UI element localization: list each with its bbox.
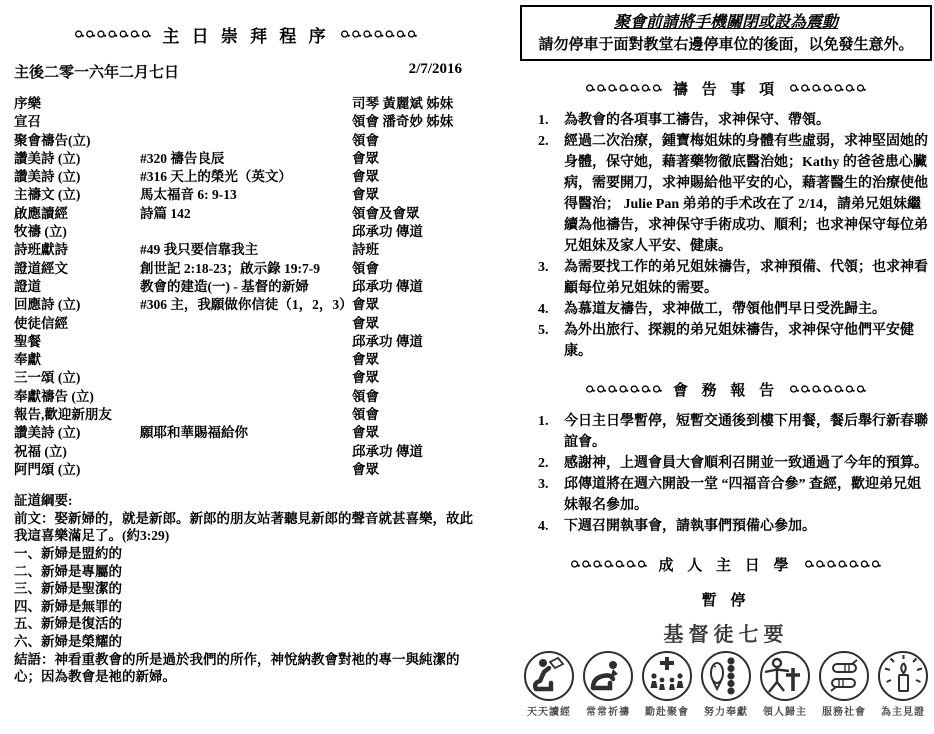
item-text: 為需要找工作的弟兄姐妹禱告，求神預備、代領；也求神看顧每位弟兄姐妹的需要。 (564, 257, 932, 299)
order-row: 證道 教會的建造(一) - 基督的新婦 邱承功 傳道 (14, 278, 478, 296)
order-item-detail: 馬太福音 6: 9-13 (140, 186, 352, 204)
order-item-name: 三一頌 (立) (14, 369, 140, 387)
order-item-leader: 領會 (352, 388, 478, 406)
prayer-item: 1. 為教會的各項事工禱告，求神保守、帶領。 (520, 110, 932, 131)
person-praying-icon (582, 650, 634, 702)
sermon-outline-line: 四、新婦是無罪的 (14, 598, 478, 616)
essential-give-offering: 努力奉獻 (698, 650, 754, 718)
sunday-school-status: 暫 停 (520, 589, 932, 610)
order-item-detail: #49 我只要信靠我主 (140, 241, 352, 259)
phone-notice: 聚會前請將手機關閉或設為震動 (528, 9, 924, 32)
essential-lead-to-lord: 領人歸主 (757, 650, 813, 718)
order-item-name: 聚會禱告(立) (14, 132, 140, 150)
figure-cross-icon (759, 650, 811, 702)
order-item-detail: #320 禱告良辰 (140, 150, 352, 168)
sunday-school-heading-text: 成 人 主 日 學 (658, 554, 793, 575)
sermon-outline-line: 三、新婦是聖潔的 (14, 580, 478, 598)
person-reading-icon (523, 650, 575, 702)
prayer-item: 3. 為需要找工作的弟兄姐妹禱告，求神預備、代領；也求神看顧每位弟兄姐妹的需要。 (520, 257, 932, 299)
order-item-leader: 領會及會眾 (352, 205, 478, 223)
essential-label: 勤赴聚會 (639, 703, 695, 718)
order-row: 詩班獻詩 #49 我只要信靠我主 詩班 (14, 241, 478, 259)
affairs-item: 2. 感謝神，上週會員大會順利召開並一致通過了今年的預算。 (520, 453, 932, 474)
order-row: 三一頌 (立) 會眾 (14, 369, 478, 387)
essential-attend-meetings: 勤赴聚會 (639, 650, 695, 718)
item-text: 感謝神，上週會員大會順利召開並一致通過了今年的預算。 (564, 453, 932, 474)
order-item-detail: #306 主，我願做你信徒（1，2，3） (140, 296, 352, 314)
sermon-outline-line: 二、新婦是專屬的 (14, 563, 478, 581)
order-item-leader: 會眾 (352, 168, 478, 186)
announcements-column: 聚會前請將手機關閉或設為震動 請勿停車于面對教堂右邊停車位的後面，以免發生意外。… (520, 5, 932, 718)
essential-label: 常常祈禱 (580, 703, 636, 718)
scroll-ornament-icon (340, 29, 418, 40)
date-numeric: 2/7/2016 (409, 61, 462, 82)
order-row: 聚會禱告(立) 領會 (14, 132, 478, 150)
order-row: 奉獻 會眾 (14, 351, 478, 369)
prayer-items-heading: 禱 告 事 項 (520, 78, 932, 99)
order-item-leader: 會眾 (352, 186, 478, 204)
sermon-outline-line: 六、新婦是榮耀的 (14, 633, 478, 651)
order-row: 讚美詩 (立) #320 禱告良辰 會眾 (14, 150, 478, 168)
date-chinese: 主後二零一六年二月七日 (14, 61, 179, 82)
item-text: 邱傳道將在週六開設一堂 “四福音合參” 查經，歡迎弟兄姐妹報名參加。 (564, 474, 932, 516)
order-item-leader: 邱承功 傳道 (352, 333, 478, 351)
item-text: 為外出旅行、探親的弟兄姐妹禱告，求神保守他們平安健康。 (564, 320, 932, 362)
order-item-detail (140, 95, 352, 113)
item-number: 2. (538, 131, 564, 257)
order-row: 回應詩 (立) #306 主，我願做你信徒（1，2，3） 會眾 (14, 296, 478, 314)
order-item-leader: 會眾 (352, 351, 478, 369)
essential-label: 服務社會 (816, 703, 872, 718)
page-title: 主 日 崇 拜 程 序 (162, 22, 329, 47)
order-item-leader: 邱承功 傳道 (352, 223, 478, 241)
order-row: 啟應讀經 詩篇 142 領會及會眾 (14, 205, 478, 223)
order-row: 序樂 司琴 黃麗斌 姊妹 (14, 95, 478, 113)
order-item-leader: 司琴 黃麗斌 姊妹 (352, 95, 478, 113)
scroll-ornament-icon (789, 83, 867, 94)
order-item-detail: 教會的建造(一) - 基督的新婦 (140, 278, 352, 296)
order-row: 報告,歡迎新朋友 領會 (14, 406, 478, 424)
sermon-outline-line: 一、新婦是盟約的 (14, 545, 478, 563)
item-number: 4. (538, 299, 564, 320)
essential-serve-society: 服務社會 (816, 650, 872, 718)
church-bulletin-page: 主 日 崇 拜 程 序 主後二零一六年二月七日 2/7/2016 序樂 司琴 黃… (0, 0, 934, 734)
essential-label: 為主見證 (875, 703, 931, 718)
item-number: 4. (538, 516, 564, 537)
order-item-name: 回應詩 (立) (14, 296, 140, 314)
seven-essentials-section: 基督徒七要 天天讀經 (520, 618, 932, 718)
order-item-name: 啟應讀經 (14, 205, 140, 223)
item-text: 為慕道友禱告，求神做工，帶領他們早日受洗歸主。 (564, 299, 932, 320)
order-item-leader: 會眾 (352, 296, 478, 314)
prayer-heading-text: 禱 告 事 項 (673, 78, 779, 99)
essential-read-bible: 天天讀經 (521, 650, 577, 718)
item-text: 今日主日學暫停，短暫交通後到樓下用餐，餐后舉行新春聯誼會。 (564, 411, 932, 453)
order-item-leader: 邱承功 傳道 (352, 278, 478, 296)
order-item-name: 讚美詩 (立) (14, 424, 140, 442)
essential-label: 努力奉獻 (698, 703, 754, 718)
scroll-ornament-icon (570, 559, 648, 570)
sermon-outline-line: 前文：娶新婦的，就是新郎。新郎的朋友站著聽見新郎的聲音就甚喜樂，故此我這喜樂滿足… (14, 510, 478, 545)
order-row: 讚美詩 (立) #316 天上的榮光（英文） 會眾 (14, 168, 478, 186)
order-item-detail (140, 406, 352, 424)
order-item-leader: 領會 潘奇妙 姊妹 (352, 113, 478, 131)
affairs-item: 1. 今日主日學暫停，短暫交通後到樓下用餐，餐后舉行新春聯誼會。 (520, 411, 932, 453)
order-item-detail: 創世記 2:18-23；啟示錄 19:7-9 (140, 260, 352, 278)
order-row: 使徒信經 會眾 (14, 315, 478, 333)
scroll-ornament-icon (804, 559, 882, 570)
candle-icon (877, 650, 929, 702)
order-item-detail: 詩篇 142 (140, 205, 352, 223)
order-item-detail (140, 223, 352, 241)
item-number: 3. (538, 257, 564, 299)
order-item-leader: 會眾 (352, 369, 478, 387)
order-item-name: 牧禱 (立) (14, 223, 140, 241)
order-item-name: 讚美詩 (立) (14, 150, 140, 168)
order-item-name: 祝福 (立) (14, 443, 140, 461)
seven-essentials-icons: 天天讀經 常常祈禱 (520, 650, 932, 718)
serving-hands-icon (818, 650, 870, 702)
notice-box: 聚會前請將手機關閉或設為震動 請勿停車于面對教堂右邊停車位的後面，以免發生意外。 (520, 5, 932, 61)
item-text: 為教會的各項事工禱告，求神保守、帶領。 (564, 110, 932, 131)
affairs-item: 3. 邱傳道將在週六開設一堂 “四福音合參” 查經，歡迎弟兄姐妹報名參加。 (520, 474, 932, 516)
coins-fish-icon (700, 650, 752, 702)
order-row: 阿門頌 (立) 會眾 (14, 461, 478, 479)
order-row: 祝福 (立) 邱承功 傳道 (14, 443, 478, 461)
worship-order-column: 主 日 崇 拜 程 序 主後二零一六年二月七日 2/7/2016 序樂 司琴 黃… (14, 22, 478, 686)
order-row: 讚美詩 (立) 願耶和華賜福給你 會眾 (14, 424, 478, 442)
scroll-ornament-icon (585, 83, 663, 94)
order-item-name: 報告,歡迎新朋友 (14, 406, 140, 424)
church-affairs-heading: 會 務 報 告 (520, 379, 932, 400)
prayer-items-list: 1. 為教會的各項事工禱告，求神保守、帶領。 2. 經過二次治療，鍾寶梅姐妹的身… (520, 110, 932, 362)
order-item-detail (140, 461, 352, 479)
sermon-outline: 証道綱要:前文：娶新婦的，就是新郎。新郎的朋友站著聽見新郎的聲音就甚喜樂，故此我… (14, 492, 478, 686)
order-item-leader: 邱承功 傳道 (352, 443, 478, 461)
order-item-name: 奉獻 (14, 351, 140, 369)
sermon-outline-line: 結語：神看重教會的所是過於我們的所作，神悅納教會對祂的專一與純潔的心；因為教會是… (14, 651, 478, 686)
order-item-name: 使徒信經 (14, 315, 140, 333)
adult-sunday-school-heading: 成 人 主 日 學 (520, 554, 932, 575)
item-number: 1. (538, 411, 564, 453)
order-item-detail (140, 388, 352, 406)
item-text: 經過二次治療，鍾寶梅姐妹的身體有些虛弱，求神堅固她的身體，保守她，藉著藥物徹底醫… (564, 131, 932, 257)
order-row: 主禱文 (立) 馬太福音 6: 9-13 會眾 (14, 186, 478, 204)
order-item-detail (140, 132, 352, 150)
order-item-detail (140, 315, 352, 333)
order-row: 聖餐 邱承功 傳道 (14, 333, 478, 351)
worship-order-heading: 主 日 崇 拜 程 序 (14, 22, 478, 47)
item-number: 3. (538, 474, 564, 516)
essential-label: 領人歸主 (757, 703, 813, 718)
order-row: 牧禱 (立) 邱承功 傳道 (14, 223, 478, 241)
order-item-name: 阿門頌 (立) (14, 461, 140, 479)
order-row: 證道經文 創世記 2:18-23；啟示錄 19:7-9 領會 (14, 260, 478, 278)
congregation-cross-icon (641, 650, 693, 702)
order-item-leader: 會眾 (352, 424, 478, 442)
church-affairs-list: 1. 今日主日學暫停，短暫交通後到樓下用餐，餐后舉行新春聯誼會。 2. 感謝神，… (520, 411, 932, 537)
affairs-item: 4. 下週召開執事會，請執事們預備心參加。 (520, 516, 932, 537)
order-item-leader: 會眾 (352, 150, 478, 168)
order-item-detail (140, 369, 352, 387)
order-item-name: 證道經文 (14, 260, 140, 278)
order-item-leader: 會眾 (352, 315, 478, 333)
order-item-name: 聖餐 (14, 333, 140, 351)
worship-order-list: 序樂 司琴 黃麗斌 姊妹 宣召 領會 潘奇妙 姊妹 聚會禱告(立) 領會 讚美詩… (14, 95, 478, 479)
order-item-detail (140, 443, 352, 461)
essential-witness: 為主見證 (875, 650, 931, 718)
item-number: 2. (538, 453, 564, 474)
prayer-item: 2. 經過二次治療，鍾寶梅姐妹的身體有些虛弱，求神堅固她的身體，保守她，藉著藥物… (520, 131, 932, 257)
order-item-detail: 願耶和華賜福給你 (140, 424, 352, 442)
order-item-leader: 詩班 (352, 241, 478, 259)
item-text: 下週召開執事會，請執事們預備心參加。 (564, 516, 932, 537)
parking-notice: 請勿停車于面對教堂右邊停車位的後面，以免發生意外。 (528, 33, 924, 54)
order-item-leader: 領會 (352, 406, 478, 424)
order-item-detail (140, 351, 352, 369)
order-item-leader: 領會 (352, 260, 478, 278)
order-item-detail (140, 333, 352, 351)
order-item-name: 宣召 (14, 113, 140, 131)
essential-pray: 常常祈禱 (580, 650, 636, 718)
order-item-detail: #316 天上的榮光（英文） (140, 168, 352, 186)
order-row: 奉獻禱告 (立) 領會 (14, 388, 478, 406)
order-item-name: 詩班獻詩 (14, 241, 140, 259)
scroll-ornament-icon (74, 29, 152, 40)
seven-essentials-title: 基督徒七要 (520, 618, 932, 647)
affairs-heading-text: 會 務 報 告 (673, 379, 779, 400)
prayer-item: 4. 為慕道友禱告，求神做工，帶領他們早日受洗歸主。 (520, 299, 932, 320)
order-item-name: 讚美詩 (立) (14, 168, 140, 186)
order-item-name: 序樂 (14, 95, 140, 113)
item-number: 1. (538, 110, 564, 131)
essential-label: 天天讀經 (521, 703, 577, 718)
order-item-detail (140, 113, 352, 131)
order-item-leader: 會眾 (352, 461, 478, 479)
sermon-outline-line: 証道綱要: (14, 492, 478, 510)
order-row: 宣召 領會 潘奇妙 姊妹 (14, 113, 478, 131)
sermon-outline-line: 五、新婦是復活的 (14, 615, 478, 633)
scroll-ornament-icon (789, 384, 867, 395)
item-number: 5. (538, 320, 564, 362)
order-item-name: 奉獻禱告 (立) (14, 388, 140, 406)
order-item-name: 證道 (14, 278, 140, 296)
date-row: 主後二零一六年二月七日 2/7/2016 (14, 61, 478, 82)
scroll-ornament-icon (585, 384, 663, 395)
order-item-name: 主禱文 (立) (14, 186, 140, 204)
order-item-leader: 領會 (352, 132, 478, 150)
prayer-item: 5. 為外出旅行、探親的弟兄姐妹禱告，求神保守他們平安健康。 (520, 320, 932, 362)
